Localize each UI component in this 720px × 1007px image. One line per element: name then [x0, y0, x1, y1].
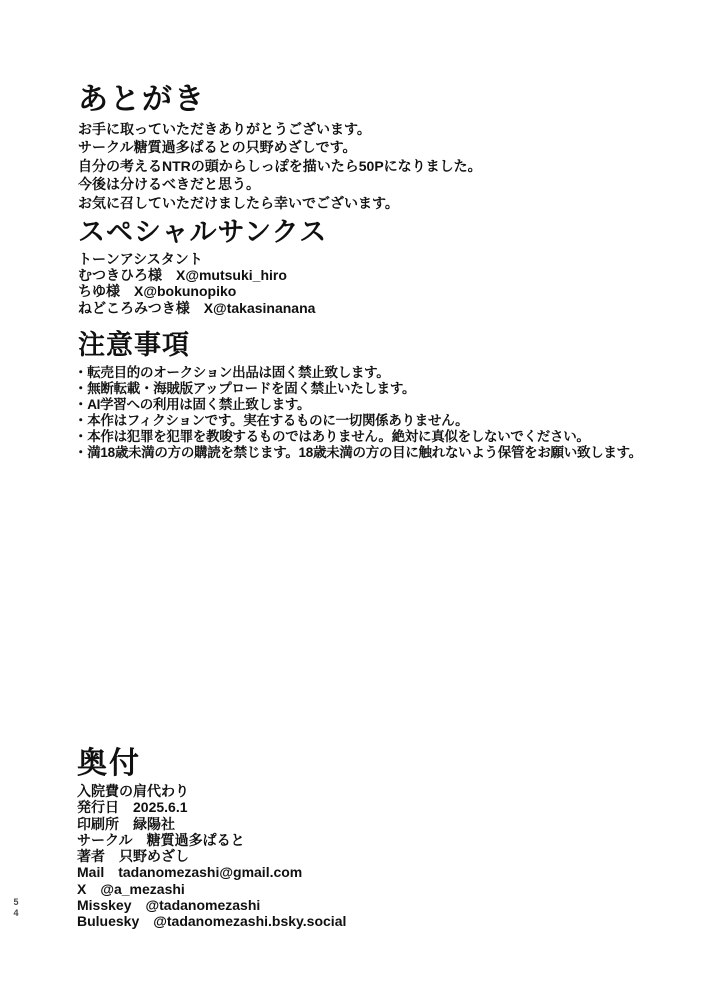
afterword-line: 今後は分けるべきだと思う。 — [78, 175, 482, 193]
colophon-body: 入院費の肩代わり 発行日 2025.6.1 印刷所 緑陽社 サークル 糖質過多ぱ… — [77, 783, 346, 930]
page-number-digit: 4 — [11, 908, 21, 919]
colophon-publish-date: 発行日 2025.6.1 — [77, 799, 346, 815]
colophon-author: 著者 只野めざし — [77, 848, 346, 864]
colophon-bluesky-handle: Buluesky @tadanomezashi.bsky.social — [77, 913, 346, 929]
afterword-line: お気に召していただけましたら幸いでございます。 — [78, 194, 482, 212]
colophon-section: 奥付 入院費の肩代わり 発行日 2025.6.1 印刷所 緑陽社 サークル 糖質… — [77, 748, 346, 930]
special-thanks-line: むつきひろ様 X@mutsuki_hiro — [78, 267, 327, 283]
notes-line: ・本作はフィクションです。実在するものに一切関係ありません。 — [74, 413, 642, 429]
page-number-digit: 5 — [11, 897, 21, 908]
afterword-heading: あとがき — [78, 84, 482, 116]
colophon-circle: サークル 糖質過多ぱると — [77, 832, 346, 848]
colophon-printer: 印刷所 緑陽社 — [77, 816, 346, 832]
special-thanks-line: ちゆ様 X@bokunopiko — [78, 283, 327, 299]
special-thanks-line: ねどころみつき様 X@takasinanana — [78, 300, 327, 316]
afterword-body: お手に取っていただきありがとうございます。 サークル糖質過多ぱるとの只野めざしで… — [78, 120, 482, 212]
afterword-section: あとがき お手に取っていただきありがとうございます。 サークル糖質過多ぱるとの只… — [78, 84, 482, 212]
colophon-work-title: 入院費の肩代わり — [77, 783, 346, 799]
notes-line: ・AI学習への利用は固く禁止致します。 — [74, 397, 642, 413]
notes-body: ・転売目的のオークション出品は固く禁止致します。 ・無断転載・海賊版アップロード… — [74, 365, 642, 461]
document-page: あとがき お手に取っていただきありがとうございます。 サークル糖質過多ぱるとの只… — [0, 0, 720, 1007]
special-thanks-line: トーンアシスタント — [78, 251, 327, 267]
special-thanks-body: トーンアシスタント むつきひろ様 X@mutsuki_hiro ちゆ様 X@bo… — [78, 251, 327, 316]
special-thanks-section: スペシャルサンクス トーンアシスタント むつきひろ様 X@mutsuki_hir… — [78, 217, 327, 316]
colophon-misskey-handle: Misskey @tadanomezashi — [77, 897, 346, 913]
notes-line: ・満18歳未満の方の購読を禁じます。18歳未満の方の目に触れないよう保管をお願い… — [74, 445, 642, 461]
afterword-line: お手に取っていただきありがとうございます。 — [78, 120, 482, 138]
colophon-heading: 奥付 — [77, 748, 346, 780]
notes-heading: 注意事項 — [78, 330, 642, 360]
notes-line: ・本作は犯罪を犯罪を教唆するものではありません。絶対に真似をしないでください。 — [74, 429, 642, 445]
afterword-line: サークル糖質過多ぱるとの只野めざしです。 — [78, 138, 482, 156]
notes-line: ・転売目的のオークション出品は固く禁止致します。 — [74, 365, 642, 381]
special-thanks-heading: スペシャルサンクス — [78, 217, 327, 247]
colophon-x-handle: X @a_mezashi — [77, 881, 346, 897]
page-number: 5 4 — [11, 897, 21, 919]
colophon-mail: Mail tadanomezashi@gmail.com — [77, 864, 346, 880]
notes-section: 注意事項 ・転売目的のオークション出品は固く禁止致します。 ・無断転載・海賊版ア… — [74, 330, 642, 461]
afterword-line: 自分の考えるNTRの頭からしっぽを描いたら50Pになりました。 — [78, 157, 482, 175]
notes-line: ・無断転載・海賊版アップロードを固く禁止いたします。 — [74, 381, 642, 397]
